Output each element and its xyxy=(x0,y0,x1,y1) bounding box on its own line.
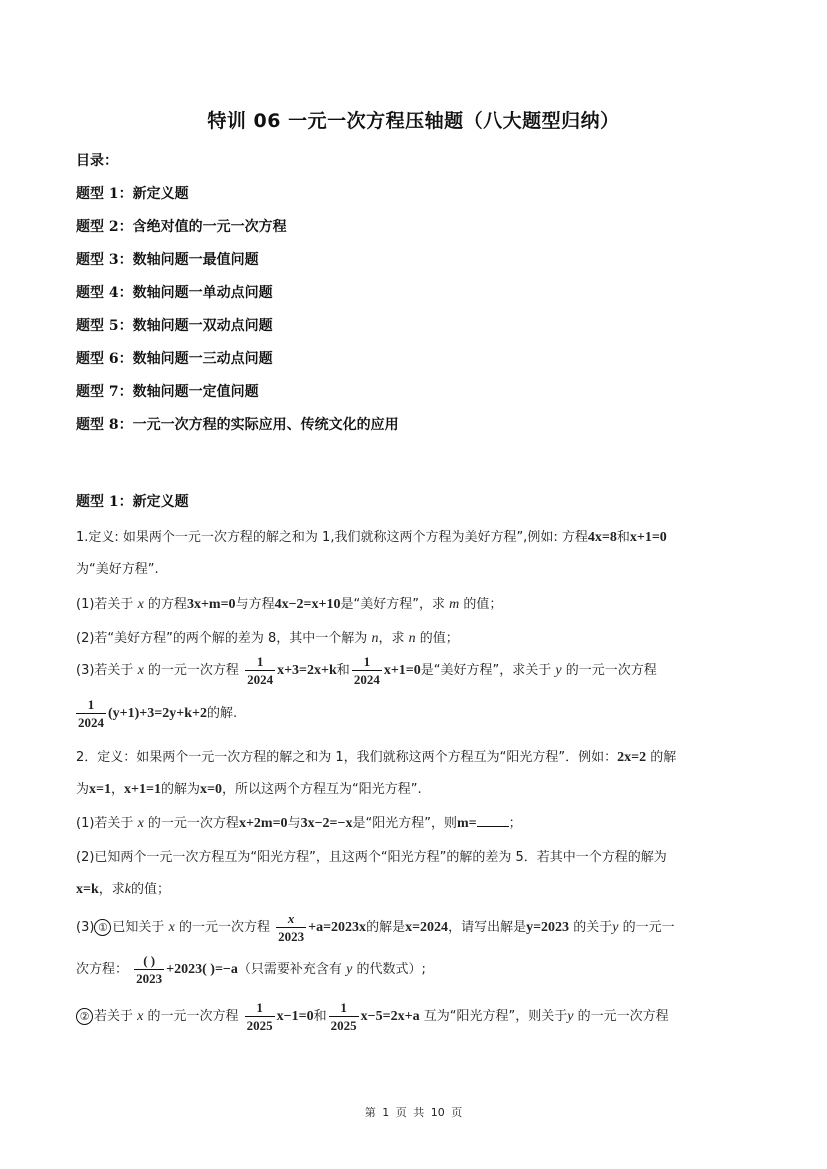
q2-part2-line2: x=k，求k的值； xyxy=(76,878,170,898)
text: 的值； xyxy=(463,597,502,612)
document-page: 特训 06 一元一次方程压轴题（八大题型归纳） 目录： 题型 1：新定义题 题型… xyxy=(0,0,827,1169)
variable: y xyxy=(346,962,352,977)
text: 1.定义: 如果两个一元一次方程的解之和为 1,我们就称这两个方程为美好方程”,… xyxy=(76,530,588,545)
equation: 4x−2=x+10 xyxy=(275,597,341,612)
text: ，求 xyxy=(99,882,125,897)
text: 和 xyxy=(314,1009,327,1024)
text: (3) xyxy=(76,920,94,935)
text: 互为“阳光方程”，则关于 xyxy=(424,1009,567,1024)
denominator: 2024 xyxy=(245,671,275,686)
equation: +a=2023x xyxy=(308,920,366,935)
toc-item: 题型 7：数轴问题一定值问题 xyxy=(76,381,259,401)
text: 的一元一 xyxy=(623,920,675,935)
equation: 3x+m=0 xyxy=(187,597,236,612)
numerator: 1 xyxy=(76,698,106,714)
text: 为 xyxy=(76,782,89,797)
q2-intro-line1: 2．定义：如果两个一元一次方程的解之和为 1，我们就称这两个方程互为“阳光方程”… xyxy=(76,746,676,766)
equation: x=1 xyxy=(89,782,111,797)
text: 次方程： xyxy=(76,962,128,977)
equation: y=2023 xyxy=(526,920,569,935)
page-footer: 第 1 页 共 10 页 xyxy=(0,1104,827,1120)
text: (1)若关于 xyxy=(76,597,133,612)
fraction: x2023 xyxy=(276,912,306,943)
equation: x=0 xyxy=(200,782,222,797)
text: 的一元一次方程 xyxy=(148,816,239,831)
numerator-blank[interactable]: ( ) xyxy=(134,954,164,970)
denominator: 2024 xyxy=(352,671,382,686)
equation: 3x−2=−x xyxy=(301,816,353,831)
fraction: 12024 xyxy=(352,655,382,686)
denominator: 2025 xyxy=(245,1017,275,1032)
fraction: 12025 xyxy=(329,1001,359,1032)
variable: y xyxy=(567,1009,573,1024)
q2-part3-sub1-line2: 次方程： ( )2023+2023( )=−a（只需要补充含有 y 的代数式）; xyxy=(76,954,426,985)
numerator: 1 xyxy=(245,1001,275,1017)
variable: x xyxy=(138,597,144,612)
text: 的一元一次方程 xyxy=(566,663,657,678)
text: 的一元一次方程 xyxy=(148,663,239,678)
equation: x+3=2x+k xyxy=(277,663,337,678)
answer-blank[interactable] xyxy=(477,814,509,827)
denominator: 2024 xyxy=(76,714,106,729)
text: 的值； xyxy=(131,882,170,897)
numerator: 1 xyxy=(245,655,275,671)
text: ，所以这两个方程互为“阳光方程”. xyxy=(222,782,422,797)
fraction: 12024 xyxy=(76,698,106,729)
equation: x=2024 xyxy=(405,920,448,935)
q1-part3-line1: (3)若关于 x 的一元一次方程 12024x+3=2x+k和12024x+1=… xyxy=(76,655,657,686)
text: 是“阳光方程”，则 xyxy=(353,816,457,831)
text: 的解是 xyxy=(366,920,405,935)
equation: x+1=1 xyxy=(124,782,161,797)
text: （只需要补充含有 xyxy=(238,962,342,977)
q1-part3-line2: 12024(y+1)+3=2y+k+2的解. xyxy=(76,698,237,729)
q1-part1: (1)若关于 x 的方程3x+m=0与方程4x−2=x+10是“美好方程”，求 … xyxy=(76,593,502,613)
text: 的一元一次方程 xyxy=(179,920,270,935)
numerator: 1 xyxy=(352,655,382,671)
text: 的方程 xyxy=(148,597,187,612)
equation: m= xyxy=(457,816,477,831)
text: ， xyxy=(111,782,124,797)
q1-intro-line1: 1.定义: 如果两个一元一次方程的解之和为 1,我们就称这两个方程为美好方程”,… xyxy=(76,526,667,546)
text: ； xyxy=(509,816,522,831)
text: 和 xyxy=(337,663,350,678)
text: 的代数式）; xyxy=(356,962,425,977)
q2-intro-line2: 为x=1，x+1=1的解为x=0，所以这两个方程互为“阳光方程”. xyxy=(76,778,422,798)
page-title: 特训 06 一元一次方程压轴题（八大题型归纳） xyxy=(0,106,827,133)
fraction: 12025 xyxy=(245,1001,275,1032)
equation: +2023( )=−a xyxy=(166,962,238,977)
variable: y xyxy=(555,663,561,678)
variable: x xyxy=(138,816,144,831)
text: 的值； xyxy=(420,631,459,646)
toc-heading: 目录： xyxy=(76,150,118,170)
denominator: 2023 xyxy=(134,970,164,985)
variable: y xyxy=(612,920,618,935)
text: 若关于 xyxy=(94,1009,133,1024)
variable: m xyxy=(449,597,459,612)
equation: x−1=0 xyxy=(277,1009,314,1024)
text: 的解为 xyxy=(161,782,200,797)
equation: x−5=2x+a xyxy=(361,1009,420,1024)
variable: x xyxy=(138,663,144,678)
toc-item: 题型 2：含绝对值的一元一次方程 xyxy=(76,216,287,236)
circled-number-2: ② xyxy=(76,1008,93,1025)
equation: x+1=0 xyxy=(384,663,421,678)
text: 2．定义：如果两个一元一次方程的解之和为 1，我们就称这两个方程互为“阳光方程”… xyxy=(76,750,617,765)
equation: (y+1)+3=2y+k+2 xyxy=(108,706,207,721)
text: 是“美好方程”，求 xyxy=(341,597,445,612)
text: 已知关于 xyxy=(112,920,164,935)
q1-part2: (2)若“美好方程”的两个解的差为 8，其中一个解为 n，求 n 的值； xyxy=(76,627,459,647)
text: 的解 xyxy=(650,750,676,765)
toc-item: 题型 5：数轴问题一双动点问题 xyxy=(76,315,273,335)
text: (2)若“美好方程”的两个解的差为 8，其中一个解为 xyxy=(76,631,367,646)
toc-item: 题型 8：一元一次方程的实际应用、传统文化的应用 xyxy=(76,414,399,434)
text: 的关于 xyxy=(573,920,612,935)
text: (1)若关于 xyxy=(76,816,133,831)
fraction: 12024 xyxy=(245,655,275,686)
text: 的一元一次方程 xyxy=(578,1009,669,1024)
text: 与 xyxy=(288,816,301,831)
denominator: 2023 xyxy=(276,928,306,943)
section-heading: 题型 1：新定义题 xyxy=(76,491,189,511)
equation: 2x=2 xyxy=(617,750,646,765)
denominator: 2025 xyxy=(329,1017,359,1032)
q2-part2-line1: (2)已知两个一元一次方程互为“阳光方程”，且这两个“阳光方程”的解的差为 5．… xyxy=(76,846,667,865)
text: (3)若关于 xyxy=(76,663,133,678)
toc-item: 题型 3：数轴问题一最值问题 xyxy=(76,249,259,269)
text: ，求 xyxy=(378,631,404,646)
equation: x+2m=0 xyxy=(239,816,288,831)
q1-intro-line2: 为“美好方程”. xyxy=(76,558,159,577)
text: 的一元一次方程 xyxy=(148,1009,239,1024)
q2-part3-sub2: ②若关于 x 的一元一次方程 12025x−1=0和12025x−5=2x+a … xyxy=(76,1001,669,1032)
text: 与方程 xyxy=(236,597,275,612)
equation: x=k xyxy=(76,882,99,897)
fraction: ( )2023 xyxy=(134,954,164,985)
toc-item: 题型 1：新定义题 xyxy=(76,183,189,203)
toc-item: 题型 4：数轴问题一单动点问题 xyxy=(76,282,273,302)
text: 是“美好方程”，求关于 xyxy=(421,663,551,678)
variable: n xyxy=(409,631,416,646)
circled-number-1: ① xyxy=(94,919,111,936)
text: 的解. xyxy=(207,706,237,721)
q2-part3-sub1-line1: (3)①已知关于 x 的一元一次方程 x2023+a=2023x的解是x=202… xyxy=(76,912,675,943)
text: ，请写出解是 xyxy=(448,920,526,935)
text: 和 xyxy=(617,530,630,545)
variable: x xyxy=(169,920,175,935)
numerator: x xyxy=(276,912,306,928)
toc-item: 题型 6：数轴问题一三动点问题 xyxy=(76,348,273,368)
equation: x+1=0 xyxy=(630,530,667,545)
variable: x xyxy=(137,1009,143,1024)
q2-part1: (1)若关于 x 的一元一次方程x+2m=0与3x−2=−x是“阳光方程”，则m… xyxy=(76,812,522,832)
numerator: 1 xyxy=(329,1001,359,1017)
equation: 4x=8 xyxy=(588,530,617,545)
